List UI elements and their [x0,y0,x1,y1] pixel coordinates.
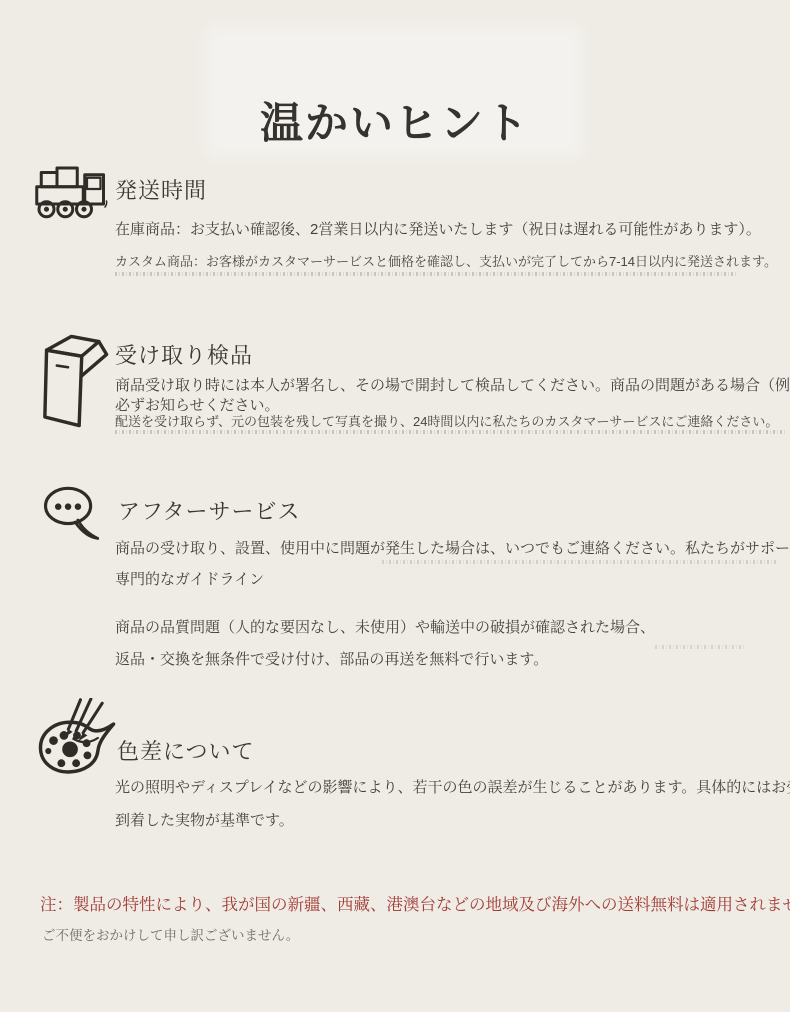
section-heading-afterservice: アフターサービス [118,501,300,523]
shipping-restriction-note: 注：製品の特性により、我が国の新疆、西藏、港澳台などの地域及び海外への送料無料は… [40,896,790,916]
section-heading-color: 色差について [117,741,255,763]
section-heading-inspection: 受け取り検品 [115,345,253,367]
inspection-line-2: 必ずお知らせください。 [115,397,280,416]
inspection-line-1: 商品受け取り時には本人が署名し、その場で開封して検品してください。商品の問題があ… [115,377,790,396]
open-box-icon [38,326,110,436]
color-line-2: 到着した実物が基準です。 [115,812,294,831]
warm-tips-panel: 温かいヒント 発送時間 在庫商品：お支払い確認後、2営業日以内に発送いたします（… [0,0,790,1012]
section-heading-shipping: 発送時間 [115,180,207,202]
page-title: 温かいヒント [0,103,790,146]
watermark-squiggle [115,272,737,276]
truck-icon [33,162,111,222]
afterservice-line-2: 専門的なガイドライン [115,571,264,590]
palette-icon [33,698,121,778]
afterservice-line-1: 商品の受け取り、設置、使用中に問題が発生した場合は、いつでもご連絡ください。私た… [115,540,790,559]
watermark-squiggle [115,430,787,434]
watermark-squiggle [655,645,745,649]
afterservice-line-4: 返品・交換を無条件で受け付け、部品の再送を無料で行います。 [115,651,548,670]
apology-note: ご不便をおかけして申し訳ございません。 [42,928,299,944]
shipping-line-2: カスタム商品：お客様がカスタマーサービスと価格を確認し、支払いが完了してから7-… [115,254,777,270]
chat-bubble-icon [42,484,104,542]
inspection-line-3: 配送を受け取らず、元の包装を残して写真を撮り、24時間以内に私たちのカスタマーサ… [115,414,778,430]
shipping-line-1: 在庫商品：お支払い確認後、2営業日以内に発送いたします（祝日は遅れる可能性があり… [115,221,761,240]
color-line-1: 光の照明やディスプレイなどの影響により、若干の色の誤差が生じることがあります。具… [115,779,790,798]
watermark-squiggle [382,560,777,564]
afterservice-line-3: 商品の品質問題（人的な要因なし、未使用）や輸送中の破損が確認された場合、 [115,619,655,638]
